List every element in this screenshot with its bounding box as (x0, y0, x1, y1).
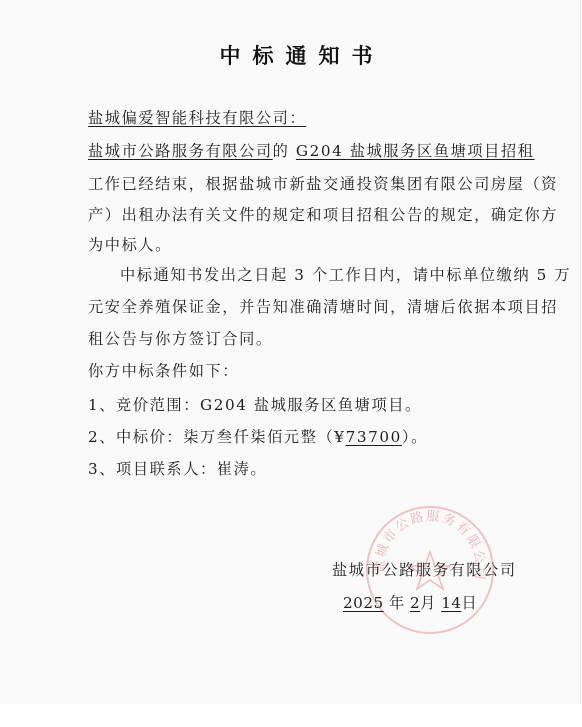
bid-amount: 73700 (346, 428, 402, 446)
issuer-name: 盐城市公路服务有限公司 (88, 142, 273, 160)
paragraph2-line1: 中标通知书发出之日起 3 个工作日内，请中标单位缴纳 5 万 (120, 265, 571, 285)
condition-text: 2、中标价：柒万叁仟柒佰元整（¥ (88, 428, 346, 446)
paragraph1-line3: 产）出租办法有关文件的规定和项目招租公告的规定，确定你方 (88, 205, 558, 225)
condition-text: 3、项目联系人：崔涛。 (88, 460, 267, 478)
condition-text: 1、竞价范围：G204 盐城服务区鱼塘项目。 (88, 396, 422, 414)
document-title: 中标通知书 (0, 40, 582, 70)
addressee: 盐城偏爱智能科技有限公司： (88, 108, 306, 128)
condition-item-1: 1、竞价范围：G204 盐城服务区鱼塘项目。 (88, 395, 422, 415)
date-month: 2 (410, 594, 420, 612)
conditions-intro: 你方中标条件如下： (88, 361, 239, 381)
paragraph1-line2: 工作已经结束，根据盐城市新盐交通投资集团有限公司房屋（资 (88, 174, 558, 194)
date-month-unit: 月 (420, 594, 436, 612)
condition-item-3: 3、项目联系人：崔涛。 (88, 459, 267, 479)
document-page: 中标通知书 盐城偏爱智能科技有限公司： 盐城市公路服务有限公司的 G204 盐城… (0, 0, 581, 704)
connector: 的 (273, 142, 290, 160)
condition-item-2: 2、中标价：柒万叁仟柒佰元整（¥73700）。 (88, 427, 428, 447)
date-day-unit: 日 (462, 594, 478, 612)
date-day: 14 (441, 594, 461, 612)
project-name: G204 盐城服务区鱼塘项目招租 (296, 142, 535, 160)
signature-company: 盐城市公路服务有限公司 (332, 560, 517, 580)
paragraph1-line4: 为中标人。 (88, 235, 172, 255)
paragraph2-line2: 元安全养殖保证金，并告知准确清塘时间，清塘后依据本项目招 (88, 297, 558, 317)
signature-date: 2025 年 2月 14日 (343, 593, 477, 613)
date-year-unit: 年 (389, 594, 405, 612)
date-year: 2025 (343, 594, 384, 612)
paragraph2-line3: 租公告与你方签订合同。 (88, 329, 273, 349)
paragraph1-line1: 盐城市公路服务有限公司的 G204 盐城服务区鱼塘项目招租 (88, 141, 535, 161)
condition-suffix: ）。 (402, 428, 428, 446)
